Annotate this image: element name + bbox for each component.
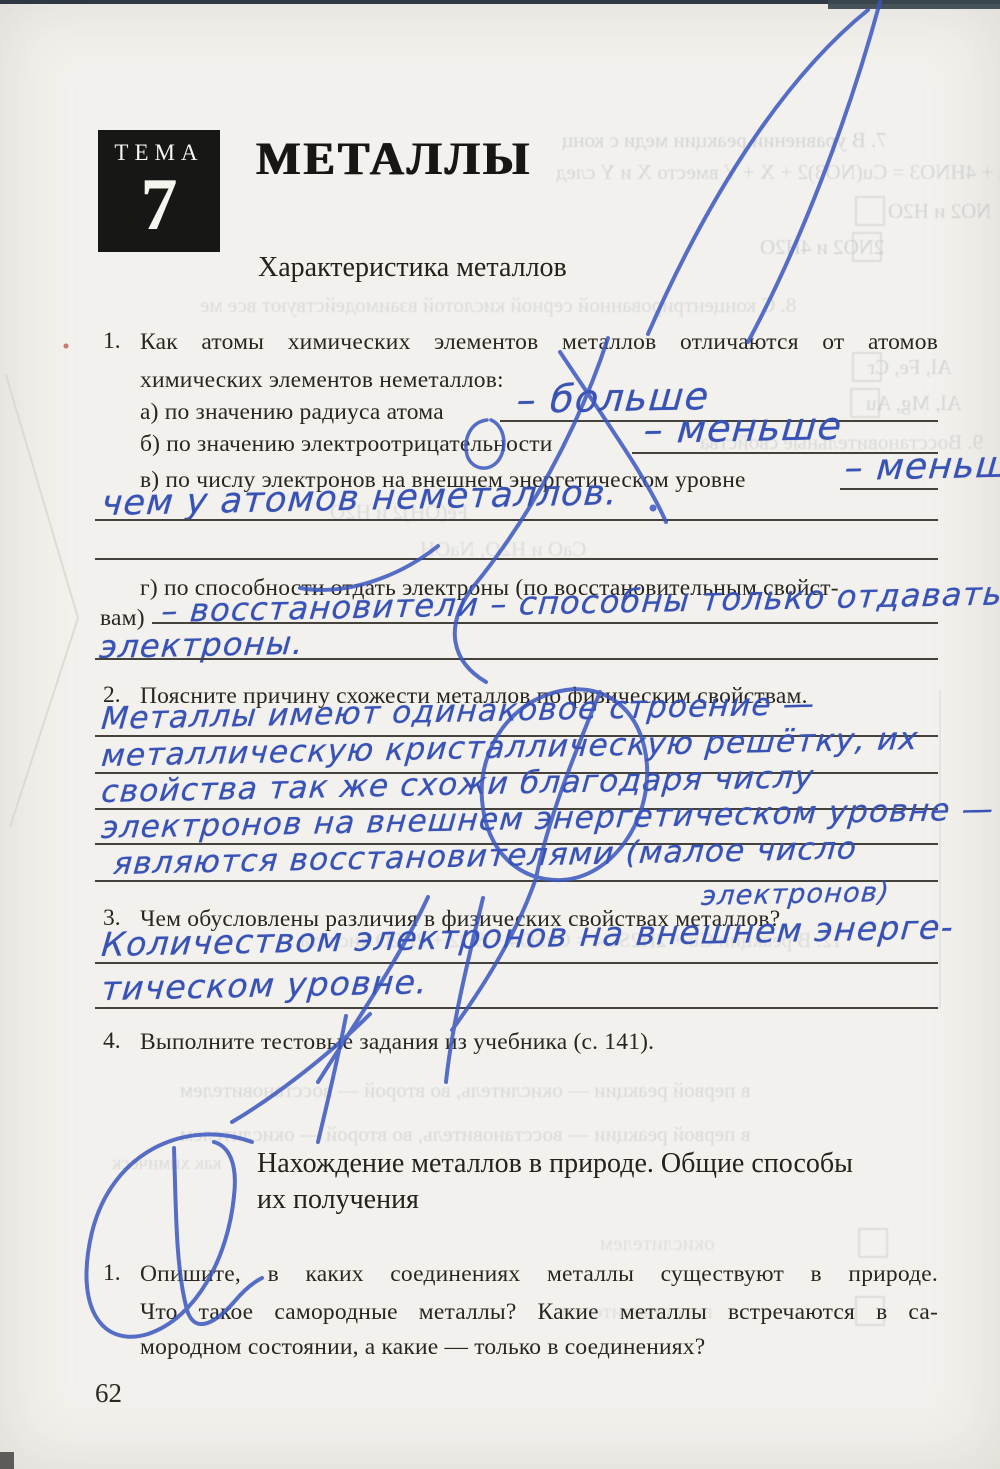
bleedthrough-text: 7. В уравнении реакции меди с конц [562,128,887,153]
handwritten-answer: – меньше [642,404,844,452]
bleedthrough-box [858,1228,888,1258]
question-text: химических элементов неметаллов: [140,366,504,395]
answer-line [95,558,938,560]
bleedthrough-text: NO2 и H2O [888,199,991,224]
section-title: Характеристика металлов [258,252,567,284]
bleedthrough-box [855,196,885,226]
bleedthrough-text: окислителем [600,1231,715,1256]
answer-line [95,658,938,660]
bleedthrough-text: Cu + 4HNO3 = Cu(NO3)2 + X + Y вместо X и… [556,160,1000,185]
handwritten-answer: – меньше, [843,444,1000,489]
answer-line [95,962,938,964]
question-text: Что такое самородные металлы? Какие мета… [140,1298,938,1330]
question-text: мородном состоянии, а какие — только в с… [140,1333,705,1362]
pen-dot [650,505,657,512]
question-number: 1. [103,1260,121,1287]
scan-top-right-edge [828,0,1000,9]
subquestion-b: б) по значению электроотрицательности [140,430,552,459]
answer-line [95,519,938,521]
paper-crease [6,375,78,827]
section-title-cont: их получения [257,1184,419,1216]
question-number: 1. [103,328,121,355]
scan-bottom-corner [0,1452,14,1469]
question-number: 4. [103,1028,121,1055]
bleedthrough-text: Al, Mg, Au [866,391,962,416]
page-number: 62 [95,1378,122,1409]
question-text: Опишите, в каких соединениях металлы сущ… [140,1260,938,1292]
answer-line [95,1007,938,1009]
question-text: Как атомы химических элементов металлов … [140,328,938,360]
question-text: Выполните тестовые задания из учебника (… [140,1028,654,1057]
theme-label: ТЕМА [98,140,220,166]
theme-number: 7 [98,168,220,242]
bleedthrough-text: 2NO2 и 4H2O [760,235,884,260]
bleedthrough-text: 8. С концентрированной серной кислотой в… [200,293,796,318]
section-title: Нахождение металлов в природе. Общие спо… [257,1148,853,1180]
chapter-title: МЕТАЛЛЫ [256,132,532,186]
workbook-page: 7. В уравнении реакции меди с конц Cu + … [0,0,1000,1469]
bleedthrough-text: как химическ [112,1153,221,1175]
red-speck [64,344,69,349]
handwritten-answer: тическом уровне. [100,962,430,1008]
theme-badge: ТЕМА 7 [98,130,220,252]
bleedthrough-text: в первой реакции — восстановитель, во вт… [180,1122,751,1147]
bleedthrough-text: в первой реакции — окислитель, во второй… [180,1078,751,1103]
subquestion-a: а) по значению радиуса атома [140,398,444,427]
